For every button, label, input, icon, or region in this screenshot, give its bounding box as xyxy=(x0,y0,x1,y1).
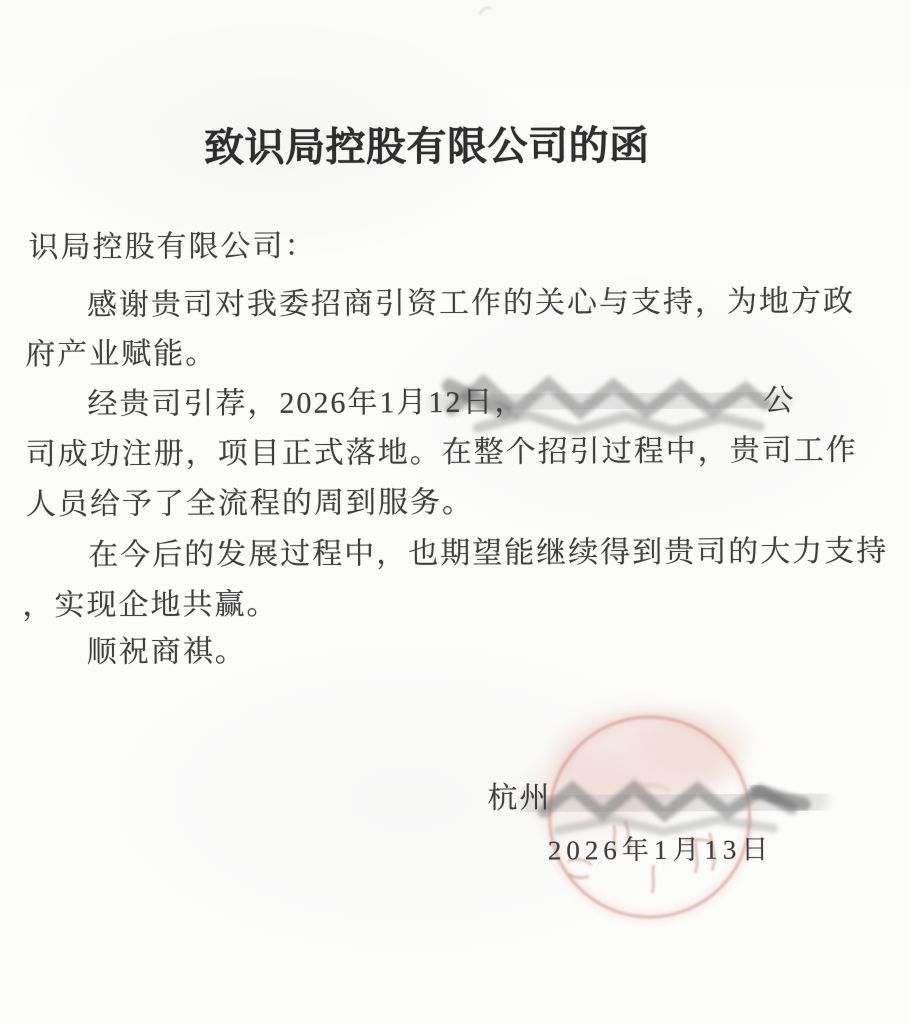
body-paragraph1-line2: 府产业赋能。 xyxy=(25,339,217,370)
stray-scan-mark xyxy=(479,8,491,14)
body-paragraph2-line1-tail: 公 xyxy=(763,386,795,416)
letter-title: 致识局控股有限公司的函 xyxy=(204,126,650,168)
body-paragraph3-line1: 在今后的发展过程中，也期望能继续得到贵司的大力支持 xyxy=(88,537,888,571)
body-paragraph2-line3: 人员给予了全流程的周到服务。 xyxy=(26,488,474,520)
authority-name-redaction xyxy=(541,786,807,832)
letter-sheet: 致识局控股有限公司的函 识局控股有限公司： 感谢贵司对我委招商引资工作的关心与支… xyxy=(0,0,910,1024)
seal-ring-halo xyxy=(549,716,750,917)
body-paragraph3-line2: ，实现企地共赢。 xyxy=(22,590,278,621)
signature-city: 杭州 xyxy=(487,783,551,813)
body-paragraph2-line2: 司成功注册，项目正式落地。在整个招引过程中，贵司工作 xyxy=(26,436,858,470)
seal-ring xyxy=(549,716,750,917)
body-paragraph2-line1: 经贵司引荐，2026年1月12日， xyxy=(87,388,526,420)
closing-courtesy-line: 顺祝商祺。 xyxy=(87,637,247,668)
signature-date: 2026年1月13日 xyxy=(548,836,774,864)
salutation-line: 识局控股有限公司： xyxy=(29,232,317,264)
official-seal xyxy=(527,710,750,917)
body-paragraph1-line1: 感谢贵司对我委招商引资工作的关心与支持，为地方政 xyxy=(87,287,855,321)
scanned-letter-page: 致识局控股有限公司的函 识局控股有限公司： 感谢贵司对我委招商引资工作的关心与支… xyxy=(0,0,910,1024)
